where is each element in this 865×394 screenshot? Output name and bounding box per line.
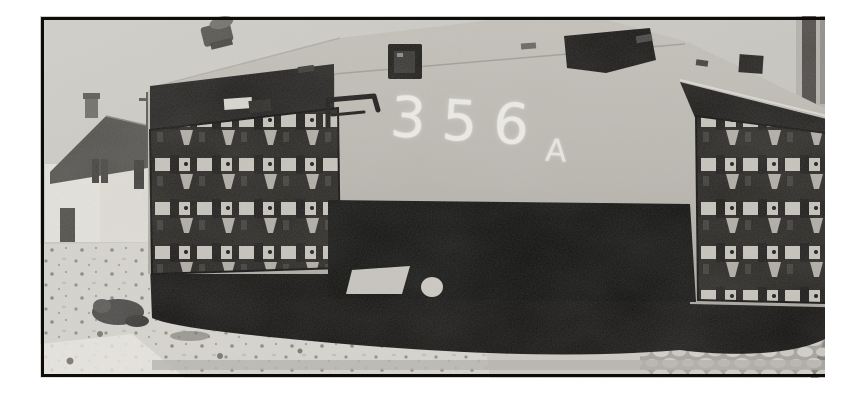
photo-scene: [40, 16, 825, 378]
photograph: 356A: [40, 16, 825, 378]
film-grain-overlay: [40, 16, 825, 378]
